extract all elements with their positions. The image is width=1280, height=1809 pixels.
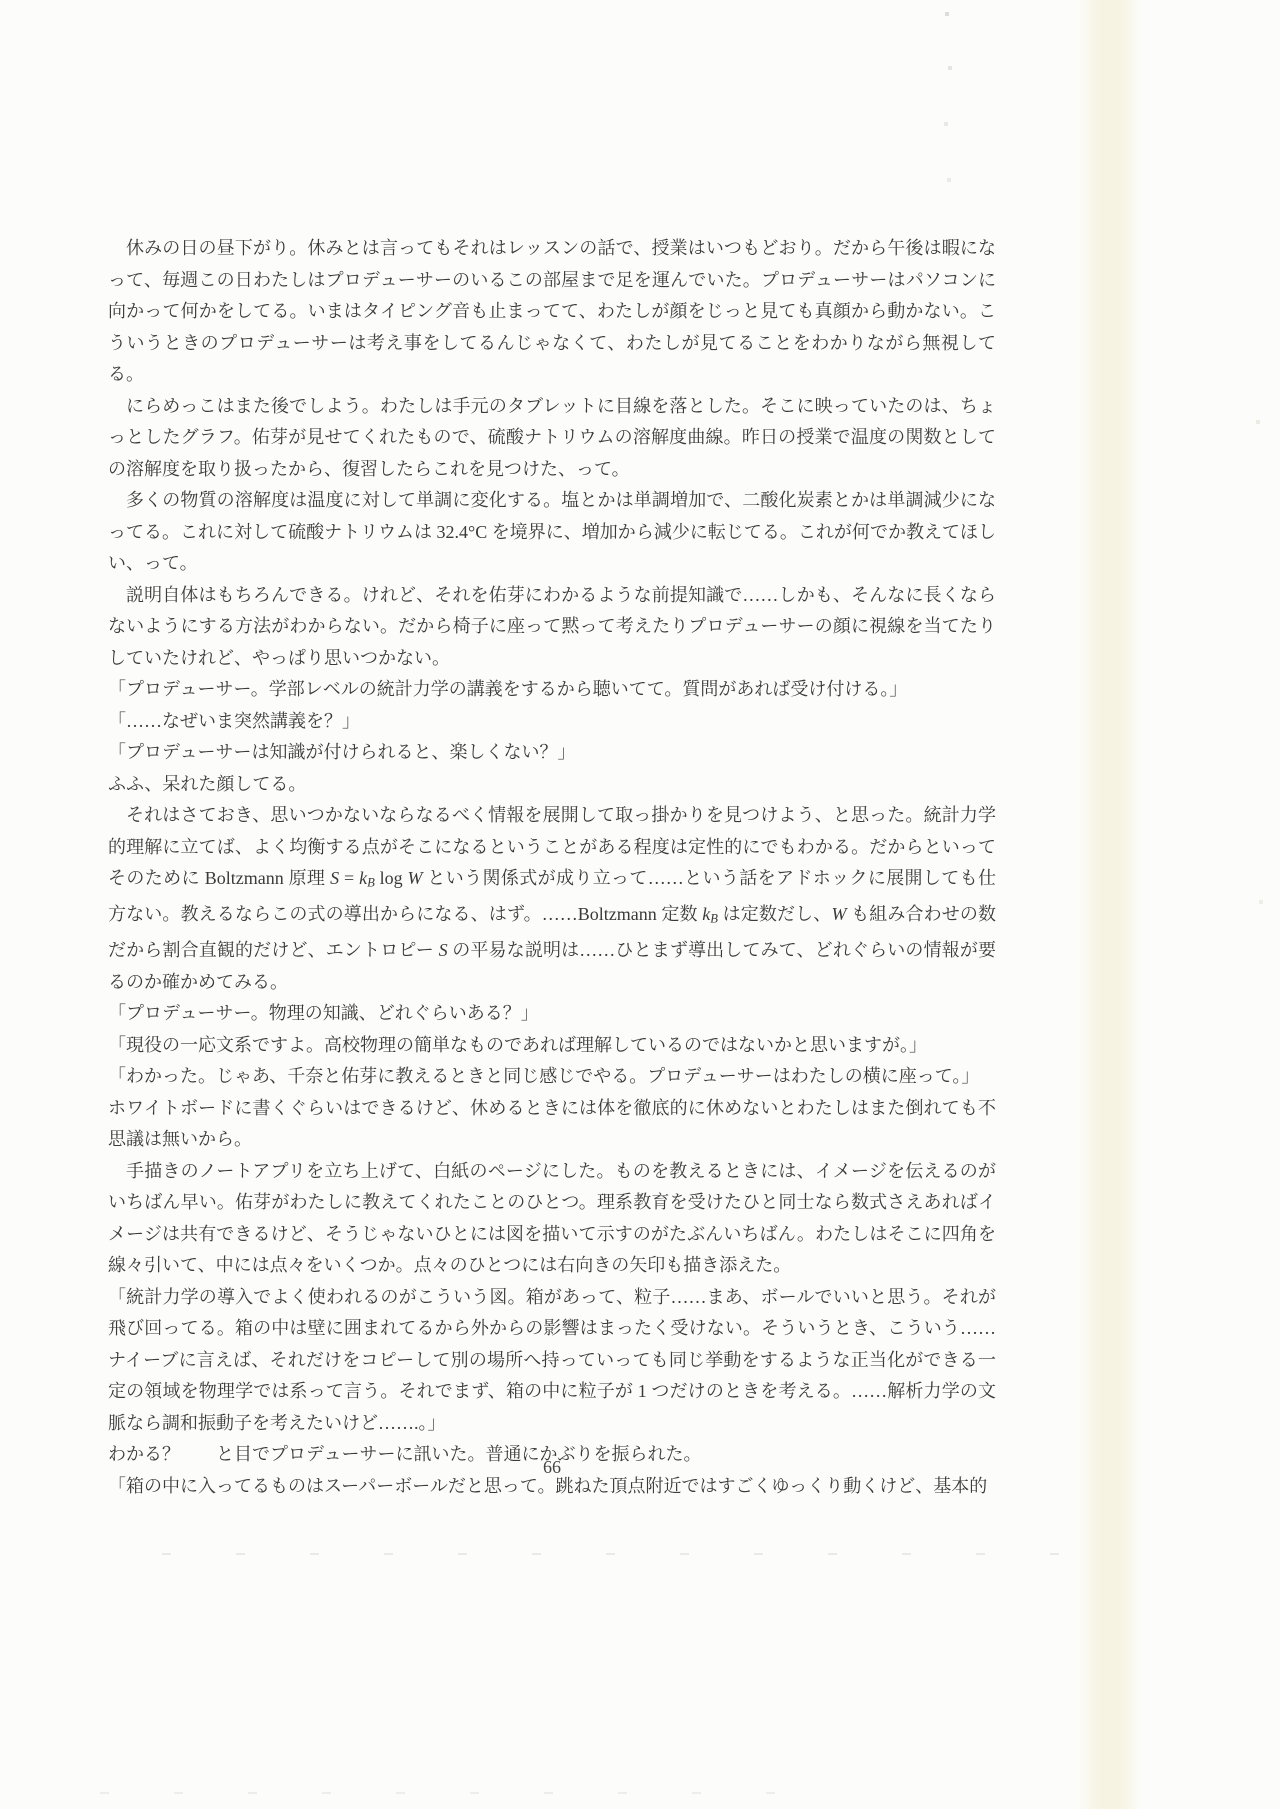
text-run: log: [380, 868, 403, 888]
paragraph: 「プロデューサーは知識が付けられると、楽しくない？」: [108, 737, 996, 769]
text-run: 定数: [661, 904, 702, 924]
text-run: 32.4°C: [437, 522, 488, 542]
text-run: W: [831, 904, 846, 924]
paragraph: ふふ、呆れた顔してる。: [108, 769, 996, 801]
paragraph: にらめっこはまた後でしよう。わたしは手元のタブレットに目線を落とした。そこに映っ…: [108, 391, 996, 486]
paragraph: 「現役の一応文系ですよ。高校物理の簡単なものであれば理解しているのではないかと思…: [108, 1030, 996, 1062]
scanned-page: 休みの日の昼下がり。休みとは言ってもそれはレッスンの話で、授業はいつもどおり。だ…: [0, 0, 1280, 1809]
scan-artifact-line-top: [162, 1553, 1122, 1555]
text-run: 原理: [289, 868, 331, 888]
text-run: 「わかった。じゃあ、千奈と佑芽に教えるときと同じ感じでやる。プロデューサーはわた…: [108, 1066, 979, 1086]
paragraph: 「プロデューサー。物理の知識、どれぐらいある？」: [108, 998, 996, 1030]
text-run: 「プロデューサー。物理の知識、どれぐらいある？」: [108, 1003, 539, 1023]
text-run: は定数だし、: [718, 904, 831, 924]
text-run: 1: [638, 1381, 647, 1401]
text-run: 手描きのノートアプリを立ち上げて、白紙のページにした。ものを教えるときには、イメ…: [108, 1161, 996, 1276]
text-run: =: [339, 868, 359, 888]
paragraph: ホワイトボードに書くぐらいはできるけど、休めるときには体を徹底的に休めないとわた…: [108, 1093, 996, 1156]
text-run: S: [439, 940, 448, 960]
paragraph: 説明自体はもちろんできる。けれど、それを佑芽にわかるような前提知識で……しかも、…: [108, 580, 996, 675]
paragraph: 「わかった。じゃあ、千奈と佑芽に教えるときと同じ感じでやる。プロデューサーはわた…: [108, 1061, 996, 1093]
scan-edge-tint: [1078, 0, 1142, 1809]
text-run: B: [367, 876, 375, 890]
text-run: ふふ、呆れた顔してる。: [108, 774, 306, 794]
text-run: 休みの日の昼下がり。休みとは言ってもそれはレッスンの話で、授業はいつもどおり。だ…: [108, 238, 996, 384]
text-run: 「……なぜいま突然講義を？」: [108, 711, 360, 731]
text-run: 「プロデューサーは知識が付けられると、楽しくない？」: [108, 742, 575, 762]
text-run: Boltzmann: [205, 868, 289, 888]
paragraph: 「……なぜいま突然講義を？」: [108, 706, 996, 738]
page-number: 66: [108, 1452, 996, 1484]
paragraph: 休みの日の昼下がり。休みとは言ってもそれはレッスンの話で、授業はいつもどおり。だ…: [108, 233, 996, 391]
paragraph: 「統計力学の導入でよく使われるのがこういう図。箱があって、粒子……まあ、ボールで…: [108, 1282, 996, 1440]
text-column: 休みの日の昼下がり。休みとは言ってもそれはレッスンの話で、授業はいつもどおり。だ…: [108, 233, 996, 1502]
text-run: W: [408, 868, 423, 888]
text-run: S: [330, 868, 339, 888]
text-run: Boltzmann: [578, 904, 662, 924]
paragraph: 「プロデューサー。学部レベルの統計力学の講義をするから聴いてて。質問があれば受け…: [108, 674, 996, 706]
text-run: 「現役の一応文系ですよ。高校物理の簡単なものであれば理解しているのではないかと思…: [108, 1035, 927, 1055]
scan-specks: [0, 0, 4, 4]
text-run: k: [359, 868, 367, 888]
text-run: にらめっこはまた後でしよう。わたしは手元のタブレットに目線を落とした。そこに映っ…: [108, 396, 996, 479]
text-run: B: [710, 912, 718, 926]
text-run: 「プロデューサー。学部レベルの統計力学の講義をするから聴いてて。質問があれば受け…: [108, 679, 907, 699]
text-run: 説明自体はもちろんできる。けれど、それを佑芽にわかるような前提知識で……しかも、…: [108, 585, 996, 668]
paragraph: 多くの物質の溶解度は温度に対して単調に変化する。塩とかは単調増加で、二酸化炭素と…: [108, 485, 996, 580]
text-run: ホワイトボードに書くぐらいはできるけど、休めるときには体を徹底的に休めないとわた…: [108, 1098, 996, 1150]
scan-artifact-line-bottom: [100, 1792, 800, 1794]
paragraph: 手描きのノートアプリを立ち上げて、白紙のページにした。ものを教えるときには、イメ…: [108, 1156, 996, 1282]
paragraph: それはさておき、思いつかないならなるべく情報を展開して取っ掛かりを見つけよう、と…: [108, 800, 996, 998]
